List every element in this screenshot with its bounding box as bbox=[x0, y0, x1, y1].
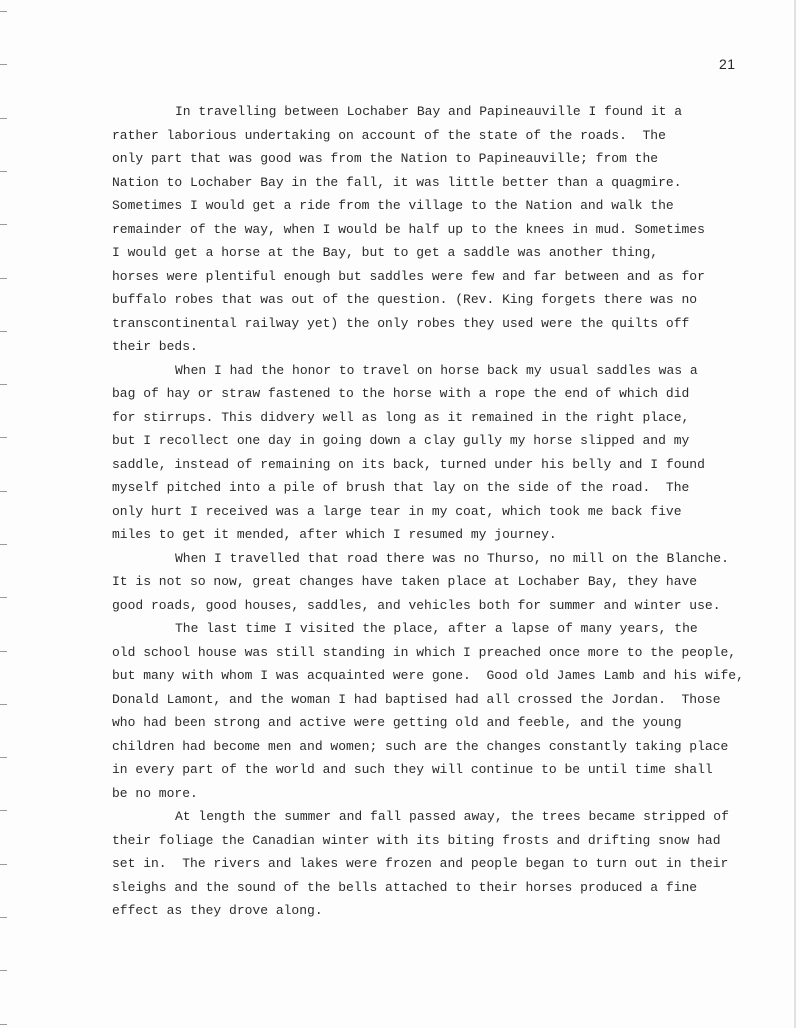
text-line: buffalo robes that was out of the questi… bbox=[112, 288, 792, 312]
text-line: horses were plentiful enough but saddles… bbox=[112, 265, 792, 289]
text-line: When I had the honor to travel on horse … bbox=[112, 359, 792, 383]
text-line: effect as they drove along. bbox=[112, 899, 792, 923]
text-line: sleighs and the sound of the bells attac… bbox=[112, 876, 792, 900]
margin-tick bbox=[0, 437, 7, 438]
text-line: but I recollect one day in going down a … bbox=[112, 429, 792, 453]
text-line: Nation to Lochaber Bay in the fall, it w… bbox=[112, 171, 792, 195]
paragraph: The last time I visited the place, after… bbox=[112, 617, 792, 805]
margin-tick bbox=[0, 704, 7, 705]
margin-tick bbox=[0, 970, 7, 971]
paragraph: At length the summer and fall passed awa… bbox=[112, 805, 792, 923]
text-line: but many with whom I was acquainted were… bbox=[112, 664, 792, 688]
page-number: 21 bbox=[719, 56, 736, 72]
text-line: rather laborious undertaking on account … bbox=[112, 124, 792, 148]
margin-tick bbox=[0, 810, 7, 811]
margin-tick bbox=[0, 331, 7, 332]
paragraph: When I had the honor to travel on horse … bbox=[112, 359, 792, 547]
text-line: myself pitched into a pile of brush that… bbox=[112, 476, 792, 500]
text-line: When I travelled that road there was no … bbox=[112, 547, 792, 571]
margin-tick bbox=[0, 171, 7, 172]
margin-tick bbox=[0, 224, 7, 225]
margin-tick bbox=[0, 597, 7, 598]
margin-tick bbox=[0, 384, 7, 385]
text-line: only part that was good was from the Nat… bbox=[112, 147, 792, 171]
text-line: only hurt I received was a large tear in… bbox=[112, 500, 792, 524]
text-line: transcontinental railway yet) the only r… bbox=[112, 312, 792, 336]
text-line: remainder of the way, when I would be ha… bbox=[112, 218, 792, 242]
text-line: be no more. bbox=[112, 782, 792, 806]
text-line: In travelling between Lochaber Bay and P… bbox=[112, 100, 792, 124]
margin-tick bbox=[0, 1024, 7, 1025]
text-line: The last time I visited the place, after… bbox=[112, 617, 792, 641]
text-line: miles to get it mended, after which I re… bbox=[112, 523, 792, 547]
text-line: old school house was still standing in w… bbox=[112, 641, 792, 665]
text-line: in every part of the world and such they… bbox=[112, 758, 792, 782]
margin-tick bbox=[0, 278, 7, 279]
text-line: their beds. bbox=[112, 335, 792, 359]
margin-tick bbox=[0, 864, 7, 865]
margin-tick bbox=[0, 64, 7, 65]
text-line: who had been strong and active were gett… bbox=[112, 711, 792, 735]
text-line: set in. The rivers and lakes were frozen… bbox=[112, 852, 792, 876]
text-line: Sometimes I would get a ride from the vi… bbox=[112, 194, 792, 218]
page-edge bbox=[794, 0, 796, 1028]
margin-tick bbox=[0, 544, 7, 545]
text-line: saddle, instead of remaining on its back… bbox=[112, 453, 792, 477]
text-line: I would get a horse at the Bay, but to g… bbox=[112, 241, 792, 265]
margin-tick bbox=[0, 11, 7, 12]
margin-tick-marks bbox=[0, 0, 10, 1028]
text-line: At length the summer and fall passed awa… bbox=[112, 805, 792, 829]
text-line: good roads, good houses, saddles, and ve… bbox=[112, 594, 792, 618]
margin-tick bbox=[0, 491, 7, 492]
text-line: children had become men and women; such … bbox=[112, 735, 792, 759]
paragraph: When I travelled that road there was no … bbox=[112, 547, 792, 618]
text-line: bag of hay or straw fastened to the hors… bbox=[112, 382, 792, 406]
margin-tick bbox=[0, 917, 7, 918]
text-line: their foliage the Canadian winter with i… bbox=[112, 829, 792, 853]
paragraph: In travelling between Lochaber Bay and P… bbox=[112, 100, 792, 359]
text-line: It is not so now, great changes have tak… bbox=[112, 570, 792, 594]
margin-tick bbox=[0, 757, 7, 758]
text-line: Donald Lamont, and the woman I had bapti… bbox=[112, 688, 792, 712]
margin-tick bbox=[0, 118, 7, 119]
margin-tick bbox=[0, 651, 7, 652]
text-line: for stirrups. This didvery well as long … bbox=[112, 406, 792, 430]
document-body: In travelling between Lochaber Bay and P… bbox=[112, 100, 792, 923]
